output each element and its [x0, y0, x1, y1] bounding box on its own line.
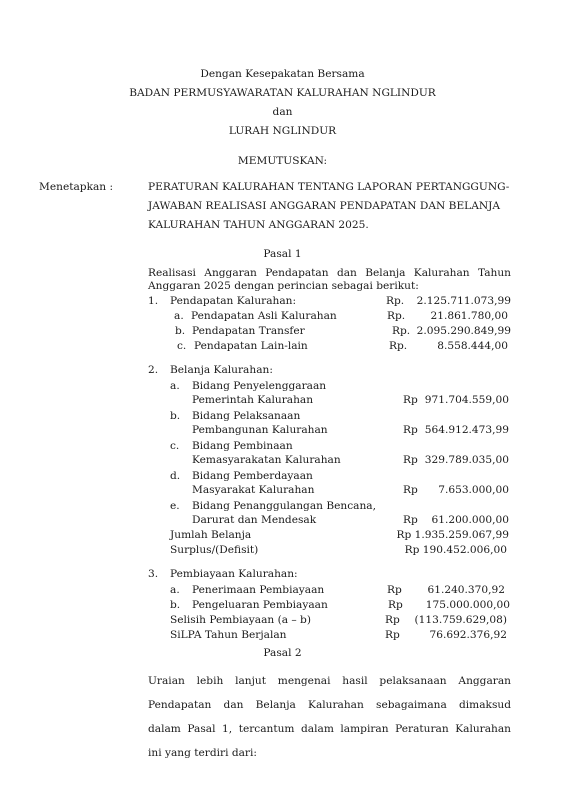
silpa-label: SiLPA Tahun Berjalan [170, 629, 287, 642]
pendapatan-transfer-label: Pendapatan Transfer [192, 325, 305, 338]
currency-label: Rp [403, 514, 418, 527]
pasal-1-intro: Anggaran 2025 dengan perincian sebagai b… [148, 280, 419, 293]
belanja-e-label: Bidang Penanggulangan Bencana, [192, 500, 376, 513]
pengeluaran-label: Pengeluaran Pembiayaan [192, 599, 328, 612]
village-head: LURAH NGLINDUR [0, 125, 565, 138]
belanja-a-label: Pemerintah Kalurahan [192, 394, 313, 407]
item-letter: c. [177, 340, 186, 353]
item-number: 1. [148, 295, 158, 308]
regulation-title-line: KALURAHAN TAHUN ANGGARAN 2025. [148, 219, 369, 232]
pendapatan-total: 2.125.711.073,99 [400, 295, 511, 308]
selisih-value: (113.759.629,08) [410, 614, 507, 627]
jumlah-belanja-label: Jumlah Belanja [170, 529, 251, 542]
item-letter: b. [175, 325, 185, 338]
pendapatan-label: Pendapatan Kalurahan: [170, 295, 296, 308]
item-number: 2. [148, 364, 158, 377]
currency-label: Rp [385, 614, 400, 627]
currency-label: Rp [403, 454, 418, 467]
penerimaan-value: 61.240.370,92 [420, 584, 505, 597]
pendapatan-asli-label: Pendapatan Asli Kalurahan [191, 310, 337, 323]
belanja-e-value: 61.200.000,00 [420, 514, 509, 527]
item-letter: e. [170, 500, 180, 513]
belanja-c-value: 329.789.035,00 [420, 454, 509, 467]
regulation-title-line: JAWABAN REALISASI ANGGARAN PENDAPATAN DA… [148, 200, 500, 213]
silpa-value: 76.692.376,92 [420, 629, 507, 642]
currency-label: Rp [387, 584, 402, 597]
penerimaan-label: Penerimaan Pembiayaan [192, 584, 324, 597]
belanja-c-label: Bidang Pembinaan [192, 440, 293, 453]
item-letter: a. [174, 310, 184, 323]
pendapatan-lain-value: 8.558.444,00 [400, 340, 508, 353]
belanja-c-label: Kemasyarakatan Kalurahan [192, 454, 341, 467]
pasal-2-title: Pasal 2 [0, 647, 565, 660]
pasal-1-intro: Realisasi Anggaran Pendapatan dan Belanj… [148, 267, 511, 280]
pasal-1-title: Pasal 1 [0, 248, 565, 261]
currency-label: Rp [403, 484, 418, 497]
currency-label: Rp [403, 394, 418, 407]
jumlah-belanja-value: Rp 1.935.259.067,99 [380, 529, 509, 542]
belanja-b-label: Pembangunan Kalurahan [192, 424, 328, 437]
decision-heading: MEMUTUSKAN: [0, 155, 565, 168]
currency-label: Rp [403, 424, 418, 437]
pengeluaran-value: 175.000.000,00 [420, 599, 510, 612]
item-letter: d. [170, 470, 180, 483]
pasal-2-line: Pendapatan dan Belanja Kalurahan sebagai… [148, 693, 511, 717]
belanja-d-label: Bidang Pemberdayaan [192, 470, 313, 483]
currency-label: Rp [385, 629, 400, 642]
surplus-label: Surplus/(Defisit) [170, 544, 258, 557]
selisih-label: Selisih Pembiayaan (a – b) [170, 614, 311, 627]
belanja-d-value: 7.653.000,00 [420, 484, 509, 497]
belanja-b-value: 564.912.473,99 [420, 424, 509, 437]
pendapatan-asli-value: 21.861.780,00 [400, 310, 508, 323]
item-letter: a. [170, 584, 180, 597]
surplus-value: Rp 190.452.006,00 [380, 544, 507, 557]
regulation-title-line: PERATURAN KALURAHAN TENTANG LAPORAN PERT… [148, 181, 509, 194]
menetapkan-label: Menetapkan : [39, 181, 113, 194]
pasal-2-body: Uraian lebih lanjut mengenai hasil pelak… [148, 669, 511, 765]
pendapatan-lain-label: Pendapatan Lain-lain [194, 340, 308, 353]
conjunction: dan [0, 106, 565, 119]
item-letter: c. [170, 440, 179, 453]
item-number: 3. [148, 568, 158, 581]
belanja-a-label: Bidang Penyelenggaraan [192, 380, 326, 393]
pasal-2-line: ini yang terdiri dari: [148, 741, 511, 765]
pasal-2-line: Uraian lebih lanjut mengenai hasil pelak… [148, 669, 511, 693]
pembiayaan-label: Pembiayaan Kalurahan: [170, 568, 298, 581]
item-letter: b. [170, 410, 180, 423]
belanja-label: Belanja Kalurahan: [170, 364, 273, 377]
belanja-a-value: 971.704.559,00 [420, 394, 509, 407]
council-name: BADAN PERMUSYAWARATAN KALURAHAN NGLINDUR [0, 87, 565, 100]
item-letter: a. [170, 380, 180, 393]
belanja-e-label: Darurat dan Mendesak [192, 514, 316, 527]
item-letter: b. [170, 599, 180, 612]
belanja-d-label: Masyarakat Kalurahan [192, 484, 314, 497]
pasal-2-line: dalam Pasal 1, tercantum dalam lampiran … [148, 717, 511, 741]
belanja-b-label: Bidang Pelaksanaan [192, 410, 300, 423]
agreement-heading: Dengan Kesepakatan Bersama [0, 68, 565, 81]
pendapatan-transfer-value: 2.095.290.849,99 [400, 325, 511, 338]
currency-label: Rp [388, 599, 403, 612]
